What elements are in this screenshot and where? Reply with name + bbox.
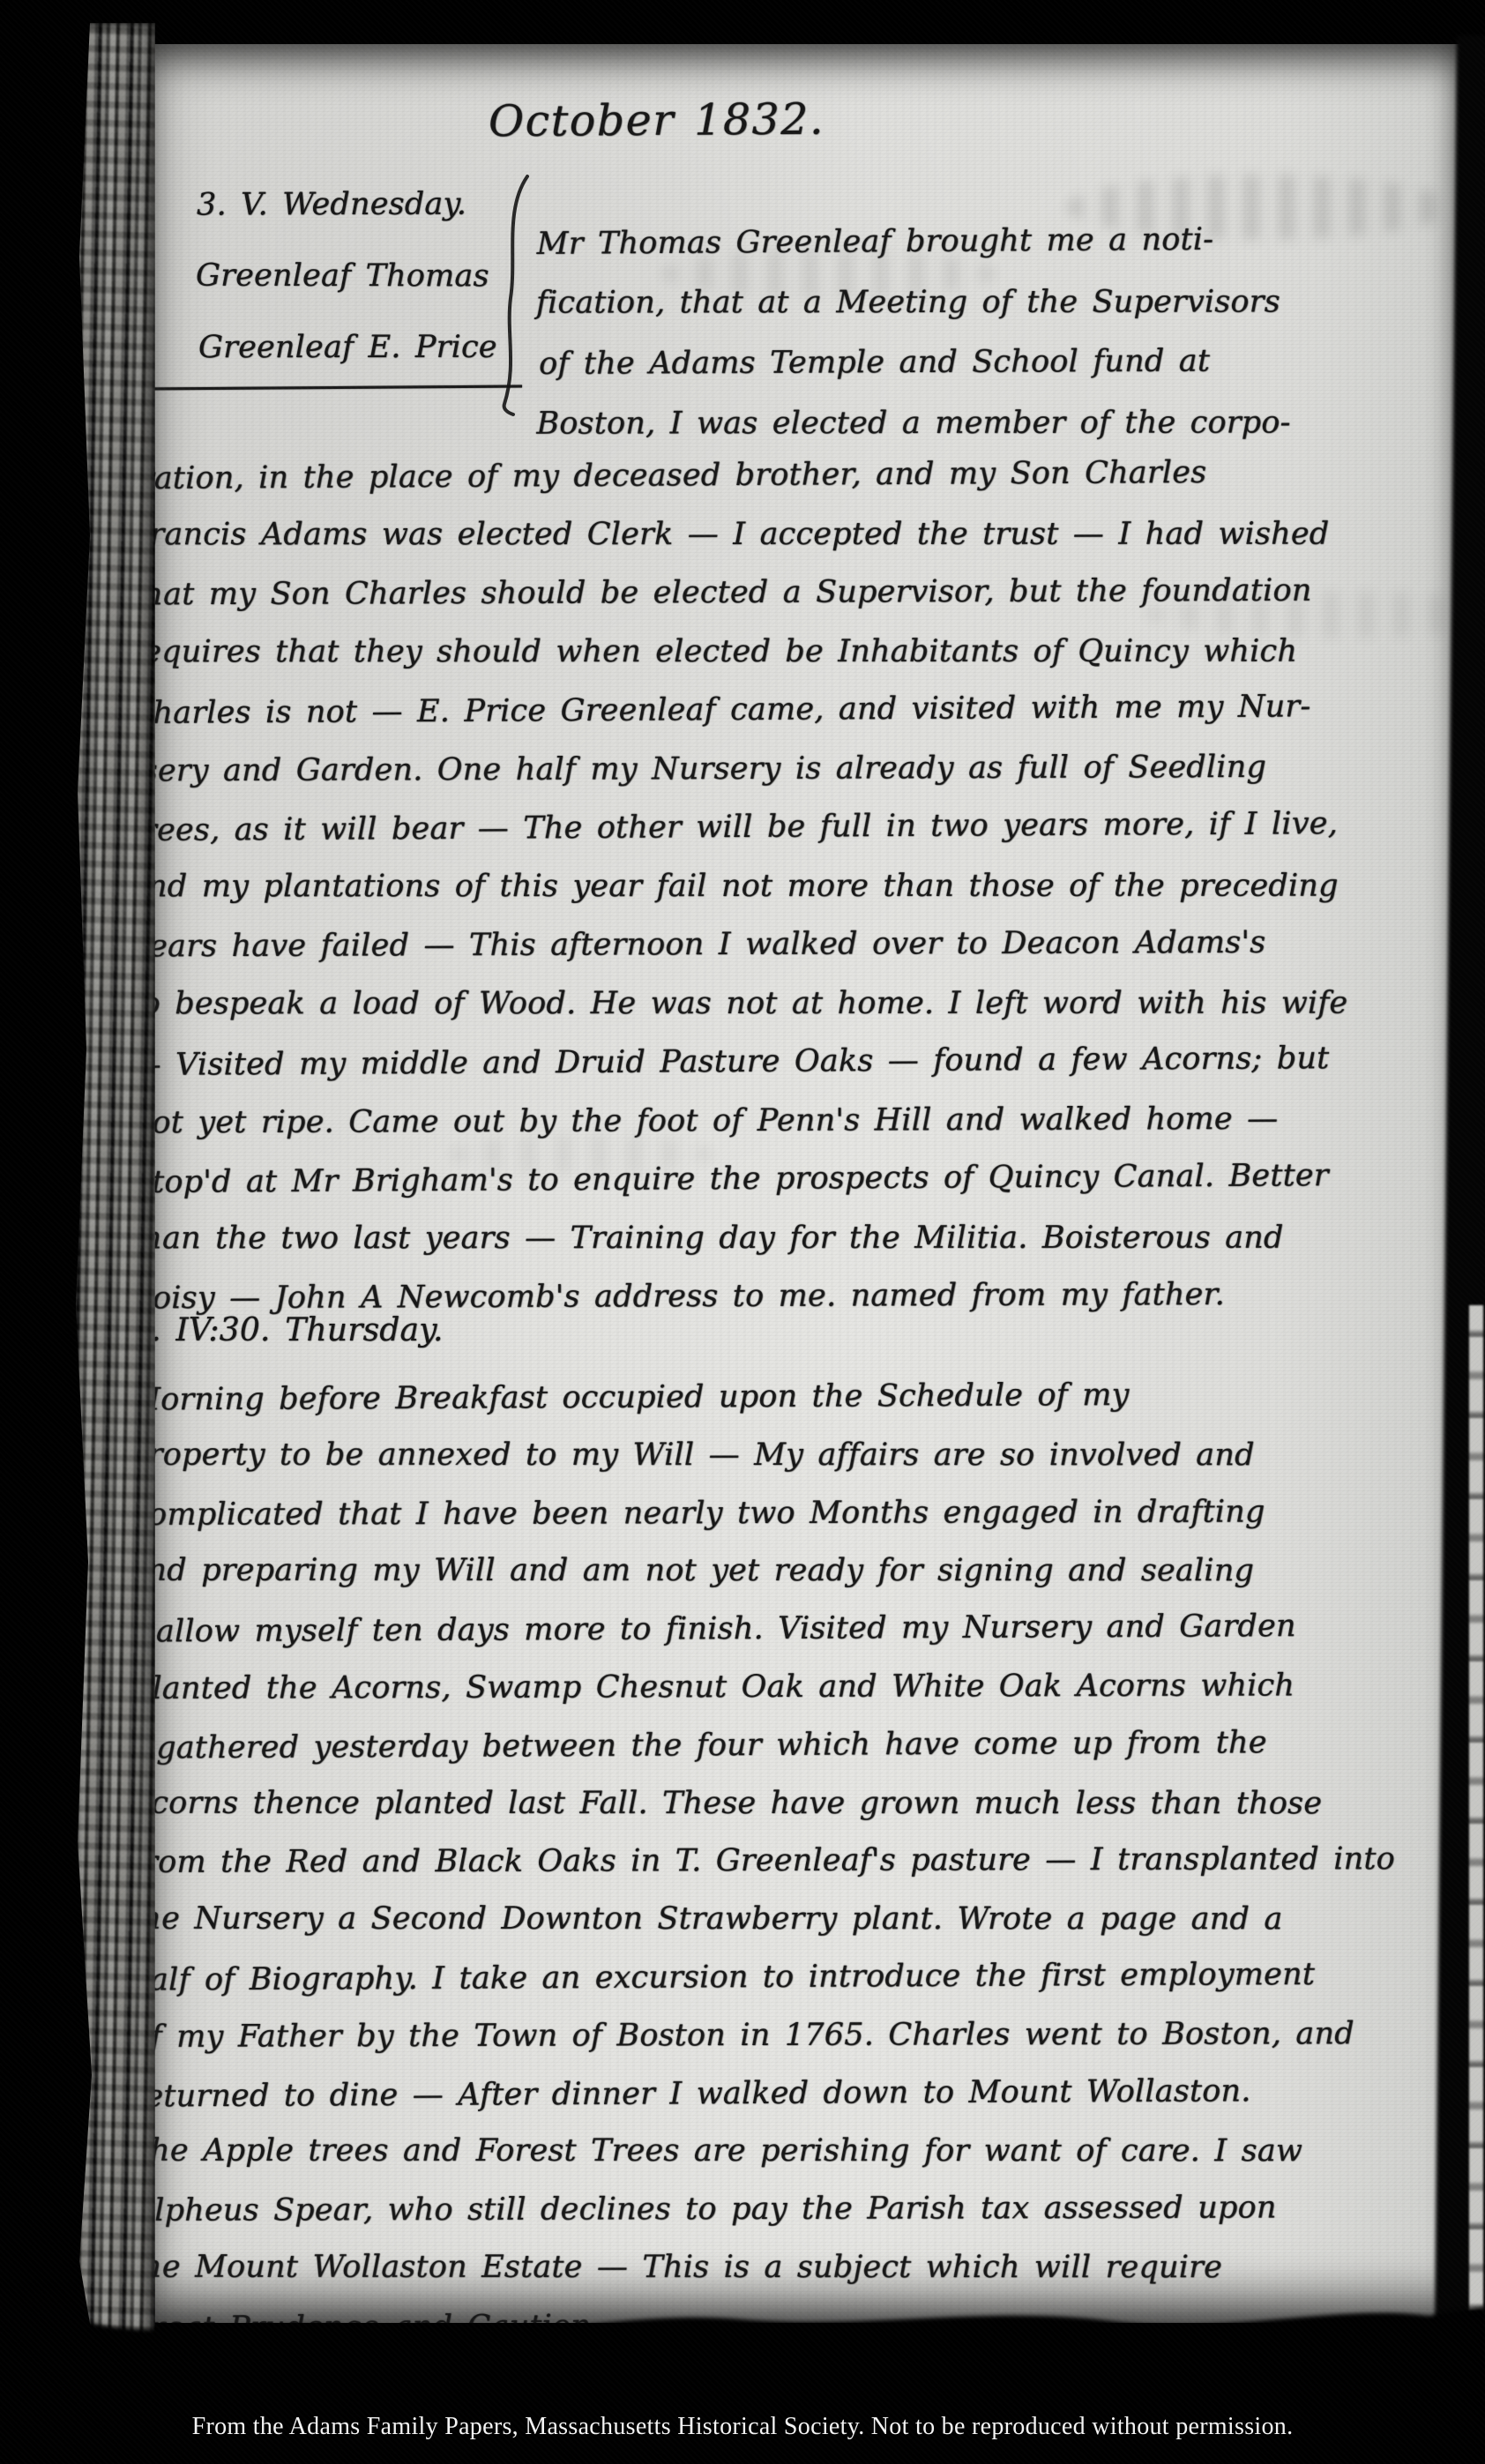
manuscript-line: Planted the Acorns, Swamp Chesnut Oak an… xyxy=(132,1657,1395,1719)
entry-2-heading: 4. IV:30. Thursday. xyxy=(132,1312,444,1348)
manuscript-line: — Visited my middle and Druid Pasture Oa… xyxy=(132,1029,1349,1094)
manuscript-line: Greenleaf E. Price xyxy=(198,312,497,384)
manuscript-line: requires that they should when elected b… xyxy=(132,622,1347,681)
book-spine-edge xyxy=(67,23,155,2355)
manuscript-line: Acorns thence planted last Fall. These h… xyxy=(132,1774,1392,1833)
manuscript-line: I gathered yesterday between the four wh… xyxy=(132,1714,1393,1778)
manuscript-line: -ration, in the place of my deceased bro… xyxy=(132,443,1347,508)
manuscript-line: -sery and Garden. One half my Nursery is… xyxy=(132,737,1350,800)
manuscript-line: property to be annexed to my Will — My a… xyxy=(132,1427,1392,1485)
next-page-edge-sliver xyxy=(1469,1305,1483,2311)
manuscript-line: 3. V. Wednesday. xyxy=(197,168,496,241)
entry-1-opening-lines: Mr Thomas Greenleaf brought me a noti-fi… xyxy=(536,211,1291,455)
manuscript-line: from the Red and Black Oaks in T. Greenl… xyxy=(132,1831,1395,1893)
month-year-heading: October 1832. xyxy=(489,94,825,147)
bleedthrough-smudge xyxy=(450,1134,714,1175)
manuscript-line: Stop'd at Mr Brigham's to enquire the pr… xyxy=(132,1146,1349,1212)
manuscript-line: Charles is not — E. Price Greenleaf came… xyxy=(132,677,1348,743)
bleedthrough-smudge xyxy=(661,249,996,298)
bleedthrough-smudge xyxy=(1067,175,1455,240)
manuscript-line: and my plantations of this year fail not… xyxy=(132,856,1347,915)
manuscript-line: Francis Adams was elected Clerk — I acce… xyxy=(132,504,1347,564)
manuscript-line: years have failed — This afternoon I wal… xyxy=(132,914,1350,976)
manuscript-line: and preparing my Will and am not yet rea… xyxy=(132,1542,1392,1601)
manuscript-line: than the two last years — Training day f… xyxy=(132,1208,1348,1267)
manuscript-line: not yet ripe. Came out by the foot of Pe… xyxy=(132,1089,1351,1152)
manuscript-line: half of Biography. I take an excursion t… xyxy=(132,1945,1393,2010)
entry-2-body-lines: Morning before Breakfast occupied upon t… xyxy=(132,1368,1393,2323)
manuscript-line: Alpheus Spear, who still declines to pay… xyxy=(132,2179,1396,2241)
manuscript-line: The Apple trees and Forest Trees are per… xyxy=(132,2123,1392,2181)
manuscript-line: of my Father by the Town of Boston in 17… xyxy=(132,2005,1395,2067)
manuscript-line: trees, as it will bear — The other will … xyxy=(132,795,1348,860)
manuscript-line: the Nursery a Second Downton Strawberry … xyxy=(132,1891,1392,1949)
footer-credit: From the Adams Family Papers, Massachuse… xyxy=(0,2413,1485,2441)
manuscript-line: Morning before Breakfast occupied upon t… xyxy=(132,1365,1392,1430)
entry-1-body-lines: -ration, in the place of my deceased bro… xyxy=(132,444,1348,1327)
manuscript-line: of the Adams Temple and School fund at xyxy=(539,331,1294,394)
manuscript-line: Greenleaf Thomas xyxy=(196,241,495,313)
manuscript-line: complicated that I have been nearly two … xyxy=(132,1483,1394,1545)
manuscript-line: returned to dine — After dinner I walked… xyxy=(132,2062,1393,2126)
manuscript-line: to bespeak a load of Wood. He was not at… xyxy=(132,974,1347,1033)
margin-underline-mark xyxy=(139,385,522,390)
entry-1-margin-block: 3. V. Wednesday.Greenleaf ThomasGreenlea… xyxy=(196,169,495,384)
diary-page-scan: October 1832. 3. V. Wednesday.Greenleaf … xyxy=(132,44,1473,2323)
manuscript-line: I allow myself ten days more to finish. … xyxy=(132,1598,1393,1662)
